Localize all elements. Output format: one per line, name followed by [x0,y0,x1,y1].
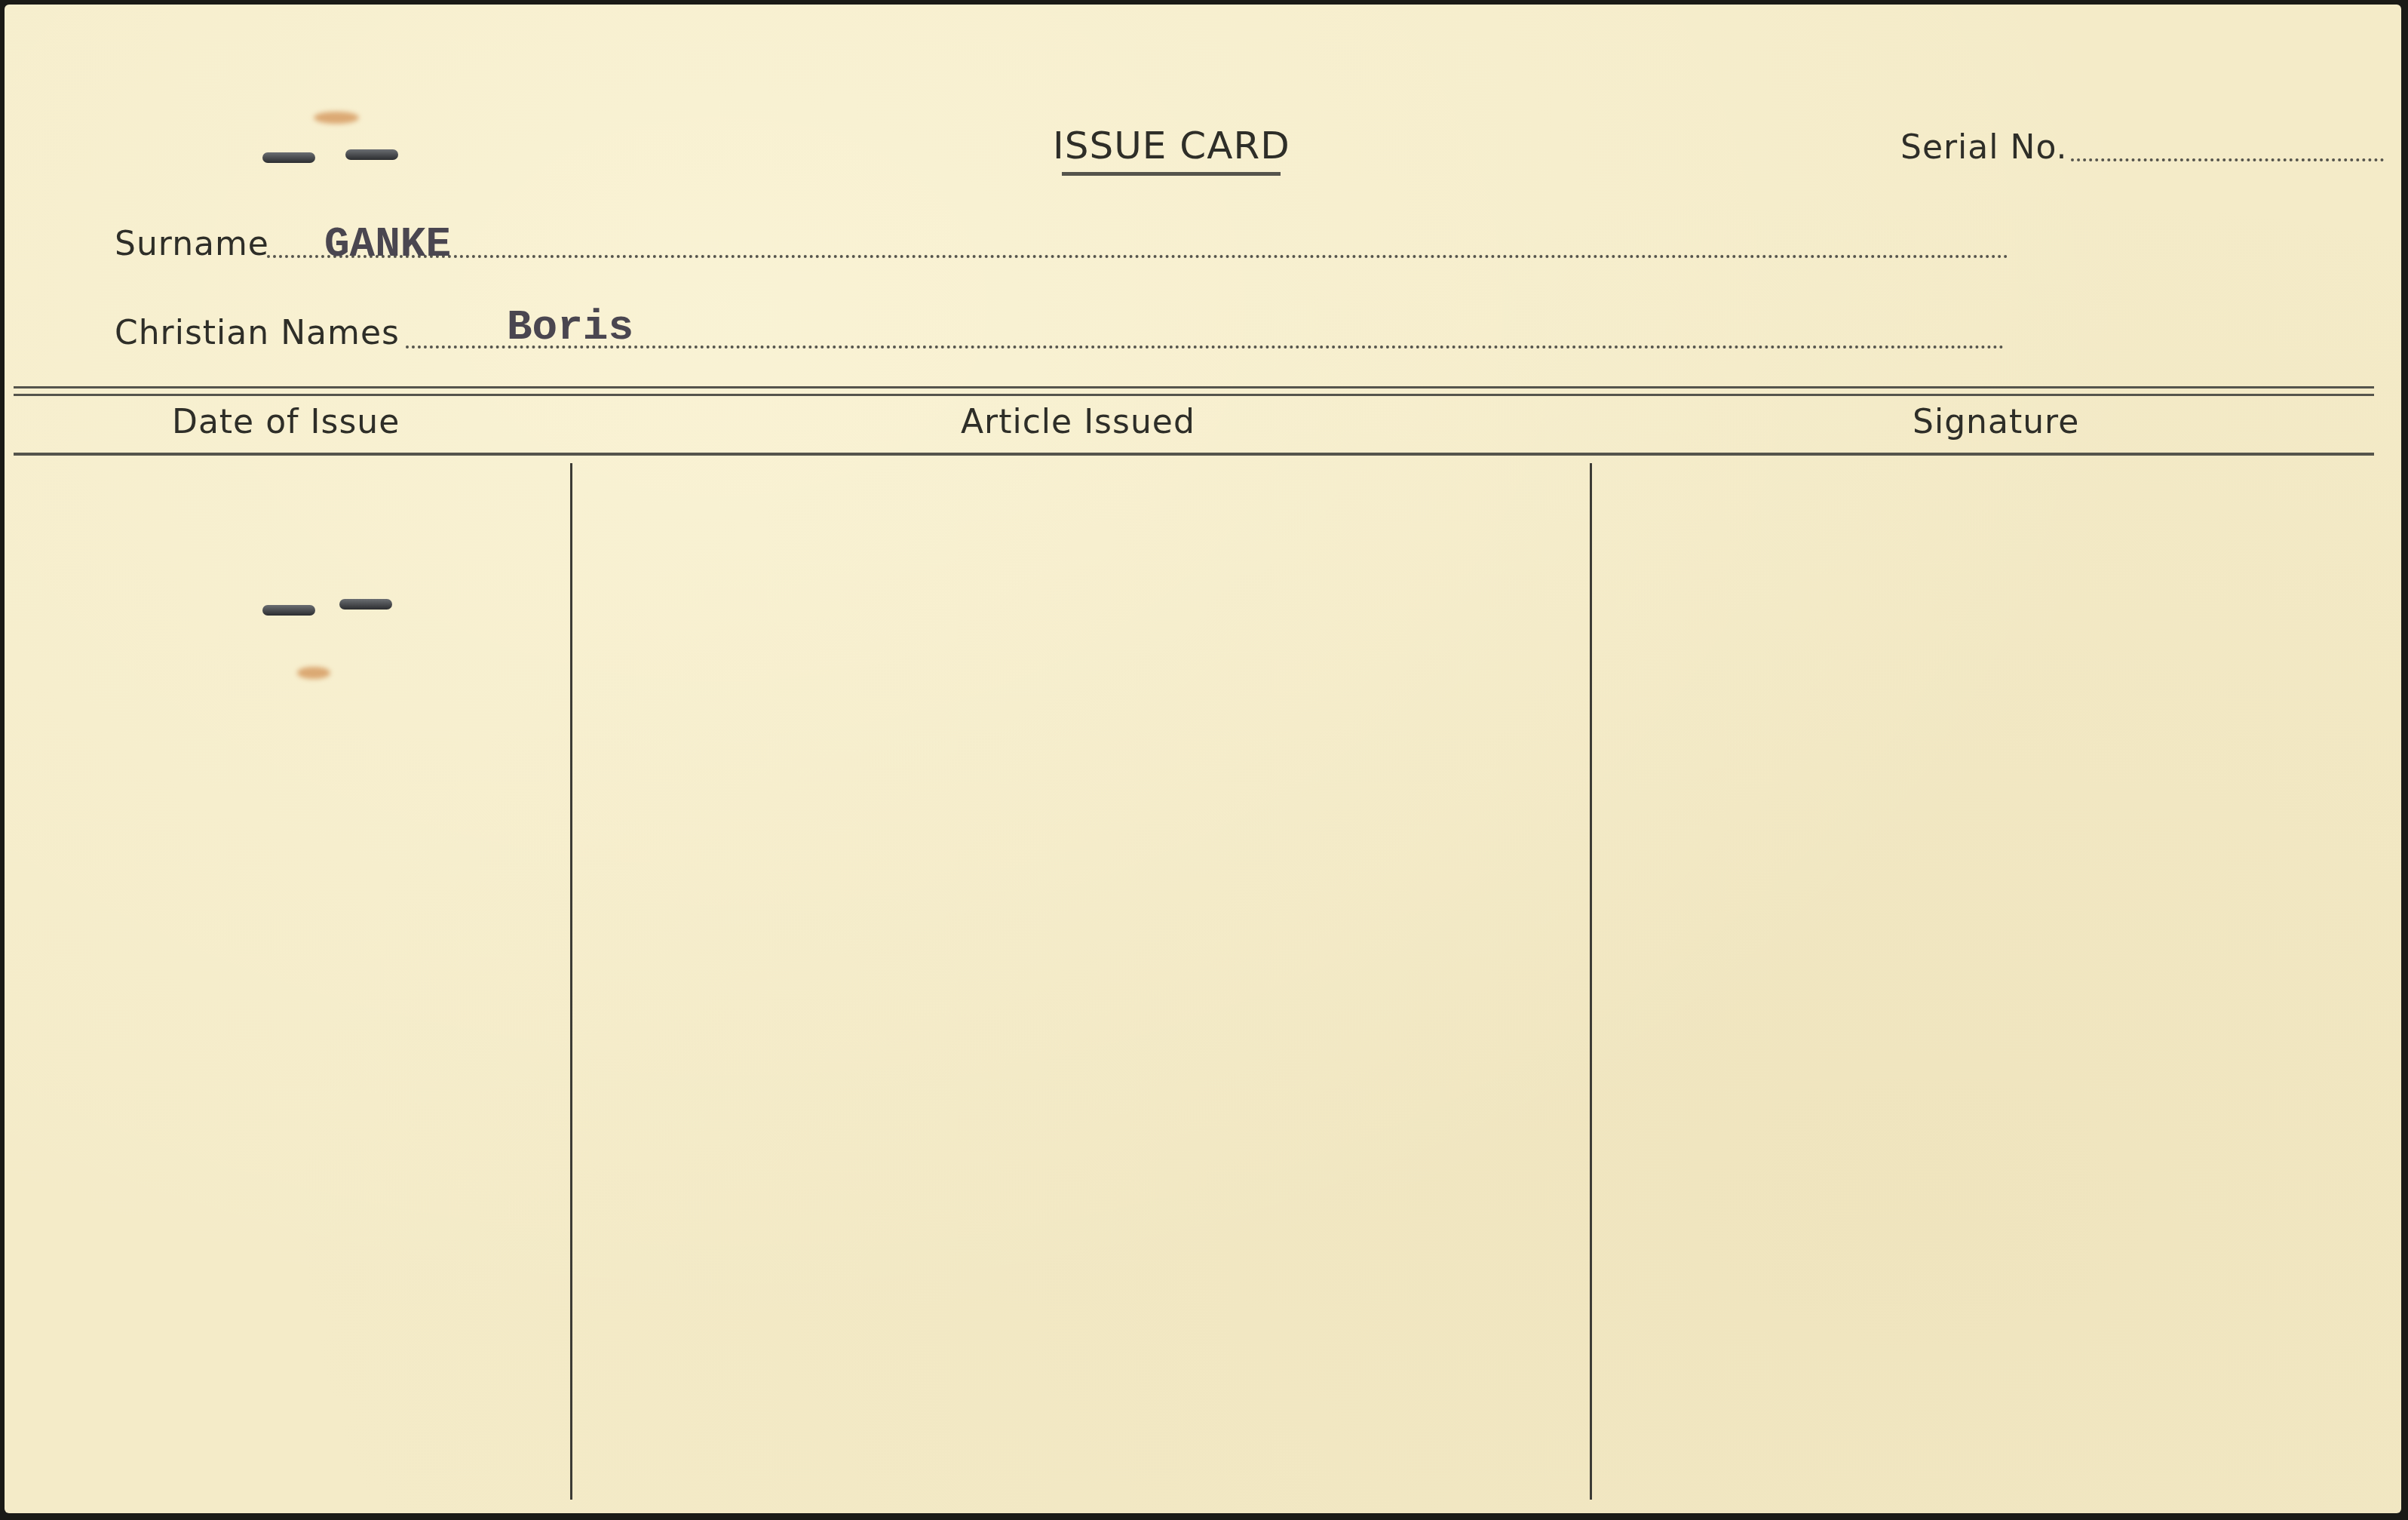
column-header-date-of-issue: Date of Issue [172,403,400,441]
header-double-rule-top [14,386,2374,388]
header-bottom-rule [14,453,2374,456]
card-title: ISSUE CARD [1053,124,1290,167]
issue-card: ISSUE CARD Serial No. Surname GANKE Chri… [5,5,2401,1513]
christian-names-field[interactable] [406,345,2005,349]
table-cell-signature[interactable] [1594,457,2374,1498]
christian-names-label: Christian Names [115,314,400,352]
table-cell-date-of-issue[interactable] [14,457,572,1498]
column-divider-2 [1590,463,1592,1500]
serial-number-label: Serial No. [1900,128,2068,167]
column-header-signature: Signature [1913,403,2079,441]
surname-label: Surname [115,225,269,263]
christian-names-value: Boris [507,303,633,352]
column-header-article-issued: Article Issued [961,403,1195,441]
header-double-rule-bottom [14,394,2374,396]
surname-field[interactable] [267,255,2009,258]
title-underline [1062,172,1281,176]
staple-icon [345,149,398,160]
rust-stain-top [314,112,359,124]
surname-value: GANKE [324,220,451,269]
staple-icon [262,152,315,163]
table-cell-article-issued[interactable] [575,457,1591,1498]
serial-number-field[interactable] [2071,158,2384,161]
column-divider-1 [570,463,572,1500]
